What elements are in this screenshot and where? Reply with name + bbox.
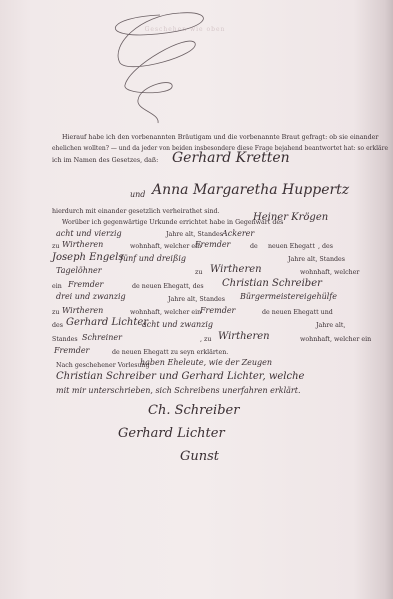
groom-name: Gerhard Kretten — [172, 150, 290, 166]
printed-line-5: Worüber ich gegenwärtige Urkunde erricht… — [62, 219, 283, 226]
witness4-occupation: Schreiner — [82, 333, 122, 342]
bride-name: Anna Margaretha Huppertz — [152, 182, 349, 198]
printed-line-8: Jahre alt, Standes — [288, 256, 345, 263]
printed-line-1: Hierauf habe ich den vorbenannten Bräuti… — [62, 134, 378, 141]
witness2-place: Wirtheren — [210, 264, 262, 275]
printed-de: de — [250, 243, 258, 250]
printed-line-6: Jahre alt, Standes — [166, 231, 223, 238]
witness1-occupation: Ackerer — [222, 229, 254, 238]
flourish-ornament-icon — [100, 5, 220, 125]
witness3-occupation: Bürgermeistereigehülfe — [240, 292, 337, 301]
witness2-occupation: Tagelöhner — [56, 266, 102, 275]
witness3-relation: Fremder — [200, 306, 235, 315]
printed-zu-2: zu — [195, 269, 202, 276]
witness2-age: fünf und dreißig — [120, 254, 186, 263]
witness4-place: Wirtheren — [218, 331, 270, 342]
printed-line-13: Jahre alt, — [316, 322, 345, 329]
witness3-place: Wirtheren — [62, 306, 103, 315]
printed-line-3: ich im Namen des Gesetzes, daß: — [52, 157, 158, 164]
witness3-name: Christian Schreiber — [222, 278, 322, 289]
witness1-place: Wirtheren — [62, 240, 103, 249]
printed-line-16: Nach geschehener Vorlesung — [56, 362, 150, 369]
closing-line-3: mit mir unterschrieben, sich Schreibens … — [56, 386, 300, 395]
printed-des-2: des — [52, 322, 63, 329]
printed-zu-4: , zu — [200, 336, 211, 343]
witness4-age: acht und zwanzig — [142, 320, 213, 329]
printed-line-15: de neuen Ehegatt zu seyn erklärten. — [112, 349, 228, 356]
printed-line-12b: de neuen Ehegatt und — [262, 309, 333, 316]
printed-line-11: Jahre alt, Standes — [168, 296, 225, 303]
printed-line-14: wohnhaft, welcher ein — [300, 336, 371, 343]
witness4-name: Gerhard Lichter — [66, 317, 148, 328]
printed-line-9: wohnhaft, welcher — [300, 269, 359, 276]
closing-line-2: Christian Schreiber und Gerhard Lichter,… — [56, 371, 304, 382]
witness1-relation: Fremder — [195, 240, 230, 249]
printed-des: , des — [318, 243, 333, 250]
witness3-age: drei und zwanzig — [56, 292, 126, 301]
printed-ehegatt: neuen Ehegatt — [268, 243, 315, 250]
printed-line-4: hierdurch mit einander gesetzlich verhei… — [52, 208, 220, 215]
closing-line-1: haben Eheleute, wie der Zeugen — [140, 358, 272, 367]
document-page: Geschehen wie oben Hierauf habe ich den … — [0, 0, 393, 599]
witness1-name: Heiner Krögen — [253, 212, 328, 223]
witness1-age: acht und vierzig — [56, 229, 122, 238]
witness4-relation: Fremder — [54, 346, 89, 355]
printed-zu-3: zu — [52, 309, 59, 316]
printed-line-10: de neuen Ehegatt, des — [132, 283, 204, 290]
printed-line-7: wohnhaft, welcher ein — [130, 243, 201, 250]
bride-prefix: und — [130, 190, 145, 199]
witness2-relation: Fremder — [68, 280, 103, 289]
signature-1: Ch. Schreiber — [148, 403, 239, 418]
printed-ein: ein — [52, 283, 62, 290]
signature-2: Gerhard Lichter — [118, 426, 225, 441]
witness2-name: Joseph Engels — [52, 252, 124, 263]
printed-line-12: wohnhaft, welcher ein — [130, 309, 201, 316]
printed-standes: Standes — [52, 336, 78, 343]
signature-3: Gunst — [180, 449, 219, 464]
printed-zu: zu — [52, 243, 59, 250]
